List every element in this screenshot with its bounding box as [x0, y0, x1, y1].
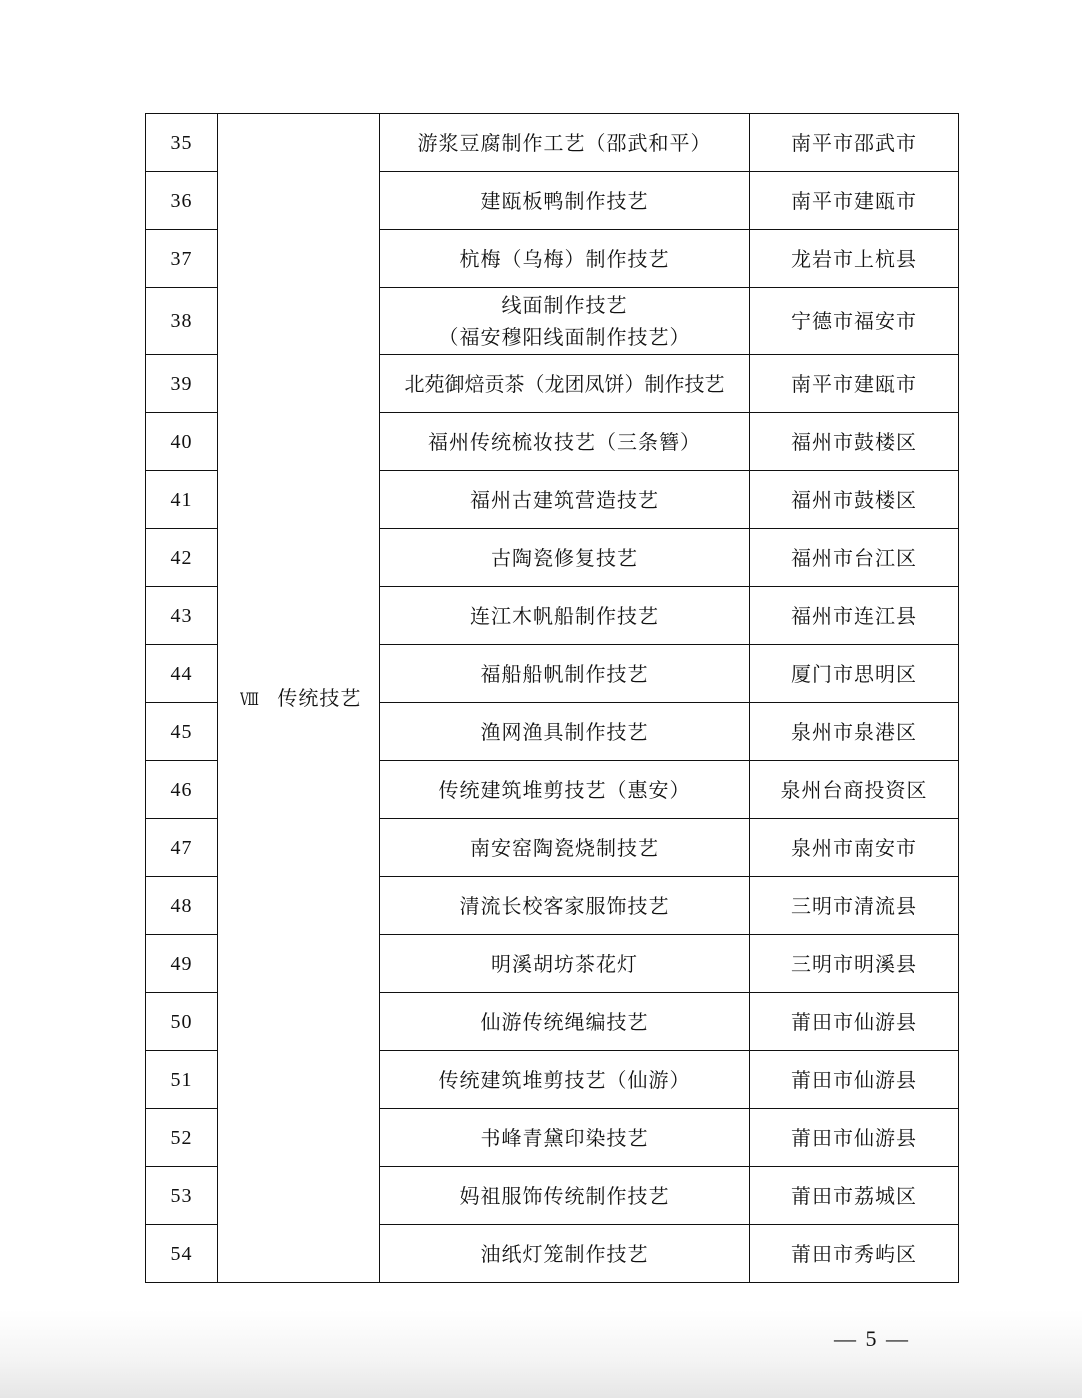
row-number: 44	[146, 645, 218, 703]
item-location: 南平市建瓯市	[750, 172, 959, 230]
table-row: 35 Ⅷ传统技艺 游浆豆腐制作工艺（邵武和平） 南平市邵武市	[146, 114, 959, 172]
item-name: 北苑御焙贡茶（龙团凤饼）制作技艺	[380, 355, 750, 413]
item-name: 南安窑陶瓷烧制技艺	[380, 819, 750, 877]
item-name: 油纸灯笼制作技艺	[380, 1225, 750, 1283]
item-location: 福州市台江区	[750, 529, 959, 587]
row-number: 45	[146, 703, 218, 761]
row-number: 52	[146, 1109, 218, 1167]
item-location: 莆田市秀屿区	[750, 1225, 959, 1283]
row-number: 41	[146, 471, 218, 529]
item-location: 福州市鼓楼区	[750, 413, 959, 471]
item-location: 南平市建瓯市	[750, 355, 959, 413]
item-name: 仙游传统绳编技艺	[380, 993, 750, 1051]
category-label: 传统技艺	[277, 686, 361, 710]
category-cell: Ⅷ传统技艺	[218, 114, 380, 1283]
page-number: — 5 —	[834, 1326, 910, 1352]
item-name: 杭梅（乌梅）制作技艺	[380, 230, 750, 288]
row-number: 50	[146, 993, 218, 1051]
category-numeral: Ⅷ	[240, 687, 259, 713]
item-name: 渔网渔具制作技艺	[380, 703, 750, 761]
item-name-line-2: （福安穆阳线面制作技艺）	[382, 321, 747, 353]
item-name: 福州古建筑营造技艺	[380, 471, 750, 529]
item-location: 泉州市泉港区	[750, 703, 959, 761]
row-number: 48	[146, 877, 218, 935]
item-location: 龙岩市上杭县	[750, 230, 959, 288]
item-name: 明溪胡坊茶花灯	[380, 935, 750, 993]
row-number: 49	[146, 935, 218, 993]
row-number: 43	[146, 587, 218, 645]
row-number: 35	[146, 114, 218, 172]
item-name: 传统建筑堆剪技艺（惠安）	[380, 761, 750, 819]
row-number: 47	[146, 819, 218, 877]
item-location: 莆田市荔城区	[750, 1167, 959, 1225]
item-name-line-1: 线面制作技艺	[382, 289, 747, 321]
heritage-list-table: 35 Ⅷ传统技艺 游浆豆腐制作工艺（邵武和平） 南平市邵武市 36 建瓯板鸭制作…	[145, 113, 959, 1283]
item-name: 游浆豆腐制作工艺（邵武和平）	[380, 114, 750, 172]
item-name: 福州传统梳妆技艺（三条簪）	[380, 413, 750, 471]
row-number: 38	[146, 288, 218, 355]
item-location: 泉州市南安市	[750, 819, 959, 877]
row-number: 42	[146, 529, 218, 587]
item-name: 妈祖服饰传统制作技艺	[380, 1167, 750, 1225]
item-name: 书峰青黛印染技艺	[380, 1109, 750, 1167]
item-location: 三明市清流县	[750, 877, 959, 935]
item-location: 莆田市仙游县	[750, 1051, 959, 1109]
row-number: 40	[146, 413, 218, 471]
item-location: 福州市鼓楼区	[750, 471, 959, 529]
row-number: 36	[146, 172, 218, 230]
item-name: 连江木帆船制作技艺	[380, 587, 750, 645]
item-location: 莆田市仙游县	[750, 993, 959, 1051]
item-location: 三明市明溪县	[750, 935, 959, 993]
item-location: 宁德市福安市	[750, 288, 959, 355]
row-number: 37	[146, 230, 218, 288]
item-name: 古陶瓷修复技艺	[380, 529, 750, 587]
item-location: 南平市邵武市	[750, 114, 959, 172]
row-number: 53	[146, 1167, 218, 1225]
item-name: 传统建筑堆剪技艺（仙游）	[380, 1051, 750, 1109]
row-number: 39	[146, 355, 218, 413]
item-name: 清流长校客家服饰技艺	[380, 877, 750, 935]
item-name: 建瓯板鸭制作技艺	[380, 172, 750, 230]
item-location: 莆田市仙游县	[750, 1109, 959, 1167]
row-number: 46	[146, 761, 218, 819]
item-name: 福船船帆制作技艺	[380, 645, 750, 703]
item-location: 厦门市思明区	[750, 645, 959, 703]
item-location: 泉州台商投资区	[750, 761, 959, 819]
item-name: 线面制作技艺 （福安穆阳线面制作技艺）	[380, 288, 750, 355]
item-location: 福州市连江县	[750, 587, 959, 645]
row-number: 51	[146, 1051, 218, 1109]
row-number: 54	[146, 1225, 218, 1283]
